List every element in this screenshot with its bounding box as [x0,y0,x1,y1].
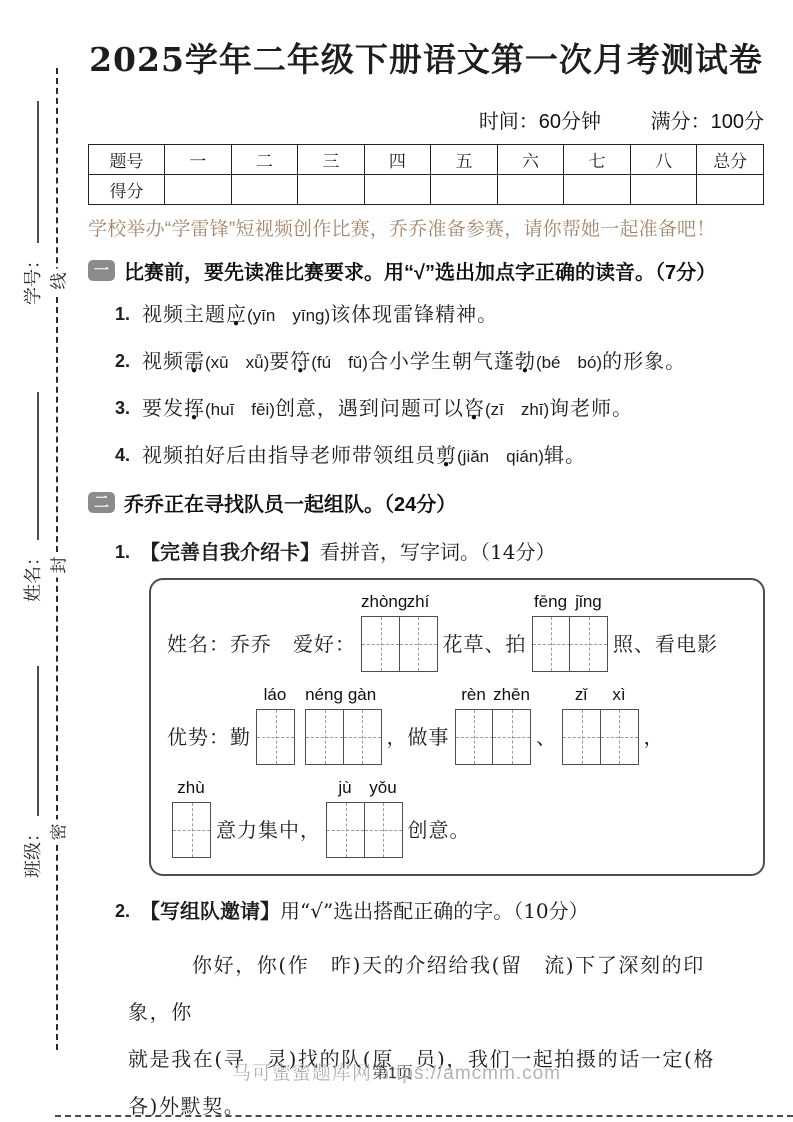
dotted-char: 勃 [515,347,536,375]
item-number: 1. [115,300,130,330]
score-table-header-cell: 八 [630,145,697,175]
pinyin-syllable: láo [256,685,294,709]
student-name-blank [22,392,39,540]
writing-cell [343,709,382,765]
writing-grid [305,709,382,765]
text-segment: 的形象。 [602,349,686,373]
card-text: 创意。 [408,814,471,858]
text-segment: 要 [269,349,290,373]
pinyin-options: (huī fēi) [205,400,275,419]
score-cell-empty [165,175,232,205]
question-2-title: 【写组队邀请】用“√”选出搭配正确的字。（10分） [140,897,589,925]
card-text: 优势：勤 [167,721,251,765]
page-number: 第1页 [372,1060,413,1083]
score-table: 题号一二三四五六七八总分 得分 [88,144,764,205]
text-segment: 合小学生朝气蓬 [368,349,515,373]
score-table-header-cell: 七 [564,145,631,175]
class-field: 班级： [22,666,46,878]
class-blank [22,666,39,816]
section-one-title: 比赛前，要先读准比赛要求。用“√”选出加点字正确的读音。（7分） [124,256,716,285]
class-label: 班级： [23,824,44,878]
pronunciation-item: 4.视频拍好后由指导老师带领组员剪(jiǎn qián)辑。 [115,441,764,471]
writing-grid [256,709,295,765]
writing-grid [326,802,403,858]
pronunciation-item: 1.视频主题应(yīn yīng)该体现雷锋精神。 [115,300,764,330]
text-segment: 询老师。 [549,396,633,420]
dotted-char: 剪 [436,441,457,469]
writing-cell [326,802,365,858]
dotted-char: 咨 [464,394,485,422]
text-segment: 视频 [142,349,184,373]
score-table-score-row: 得分 [89,175,764,205]
pinyin-options: (fú fǔ) [311,353,368,372]
writing-cell [600,709,639,765]
score-cell-empty [497,175,564,205]
dotted-char: 应 [226,300,247,328]
score-table-header-cell: 一 [165,145,232,175]
item-text: 视频需(xū xǖ)要符(fú fǔ)合小学生朝气蓬勃(bé bó)的形象。 [142,347,686,377]
question-1-number: 1. [115,538,130,566]
pinyin-row: nénggàn [305,685,382,709]
pinyin-syllable: zhòng [361,592,399,616]
score-cell-empty [298,175,365,205]
question-1-heading: 1. 【完善自我介绍卡】看拼音，写字词。（14分） [115,538,764,566]
page-title: 2025学年二年级下册语文第一次月考测试卷 [88,0,764,81]
pinyin-writing-box: zhù [172,778,211,858]
writing-cell [569,616,608,672]
pinyin-options: (bé bó) [536,353,602,372]
score-table-header-cell: 五 [431,145,498,175]
pinyin-options: (yīn yīng) [247,306,330,325]
item-text: 视频拍好后由指导老师带领组员剪(jiǎn qián)辑。 [142,441,586,471]
pinyin-syllable: zǐ [562,685,600,709]
writing-grid [562,709,639,765]
pinyin-syllable: rèn [455,685,493,709]
pinyin-syllable: xì [600,685,638,709]
item-text: 要发挥(huī fēi)创意，遇到问题可以咨(zī zhī)询老师。 [142,394,633,424]
pinyin-syllable: zhí [399,592,437,616]
pinyin-row: zhòngzhí [361,592,438,616]
item-text: 视频主题应(yīn yīng)该体现雷锋精神。 [142,300,498,330]
pinyin-syllable: jù [326,778,364,802]
pinyin-syllable: néng [305,685,343,709]
section-one-badge: 一 [88,260,115,281]
section-one-items: 1.视频主题应(yīn yīng)该体现雷锋精神。2.视频需(xū xǖ)要符(… [115,300,764,471]
student-id-field: 学号： [22,101,46,305]
writing-cell [361,616,400,672]
pinyin-syllable: yǒu [364,778,402,802]
writing-cell [455,709,494,765]
seal-char-mi: 密 [45,820,70,845]
student-id-blank [22,101,39,243]
question-2-instructions: 用“√”选出搭配正确的字。（10分） [280,899,589,923]
page-footer: 马可蜜蜜题库网 https://amcmm.com 第1页 [0,1058,793,1085]
pinyin-row: zhù [172,778,211,802]
card-text: 花草、拍 [443,628,527,672]
question-1-title: 【完善自我介绍卡】看拼音，写字词。（14分） [140,538,555,566]
item-number: 4. [115,441,130,471]
pinyin-row: láo [256,685,295,709]
exam-paper-page: 学号： 姓名： 班级： 线 封 密 2025学年二年级下册语文第一次月考测试卷 … [0,0,793,1122]
pinyin-row: fēngjǐng [532,592,609,616]
text-segment: 视频主题 [142,302,226,326]
pronunciation-item: 3.要发挥(huī fēi)创意，遇到问题可以咨(zī zhī)询老师。 [115,394,764,424]
card-text: 姓名：乔乔 爱好： [167,628,356,672]
pinyin-options: (zī zhī) [485,400,549,419]
question-1-tag: 【完善自我介绍卡】 [140,540,320,564]
question-2-number: 2. [115,897,130,925]
seal-char-xian: 线 [45,269,70,294]
dotted-char: 挥 [184,394,205,422]
card-text: ，做事 [387,721,450,765]
text-segment: 要发 [142,396,184,420]
card-row: 姓名：乔乔 爱好：zhòngzhí花草、拍fēngjǐng照、看电影 [167,592,747,672]
section-two-title: 乔乔正在寻找队员一起组队。（24分） [124,488,456,517]
score-table-header-cell: 六 [497,145,564,175]
invitation-paragraph: 你好，你(作 昨)天的介绍给我(留 流)下了深刻的印象，你就是我在(寻 灵)找的… [128,942,742,1122]
student-id-label: 学号： [23,251,44,305]
bottom-edge-line [55,1115,793,1117]
section-two-badge: 二 [88,492,115,513]
question-2-heading: 2. 【写组队邀请】用“√”选出搭配正确的字。（10分） [115,897,764,925]
card-text: ， [644,721,665,765]
student-name-label: 姓名： [23,548,44,602]
score-cell-empty [364,175,431,205]
pinyin-writing-box: láo [256,685,295,765]
pinyin-row: rènzhēn [455,685,532,709]
time-limit: 时间：60分钟 [479,111,601,133]
card-text: 意力集中， [216,814,321,858]
text-segment: 视频拍好后由指导老师带领组员 [142,443,436,467]
writing-grid [172,802,211,858]
dotted-char: 符 [290,347,311,375]
writing-cell [532,616,571,672]
pinyin-writing-box: jùyǒu [326,778,403,858]
score-row-label: 得分 [89,175,165,205]
pinyin-writing-box: zhòngzhí [361,592,438,672]
seal-char-feng: 封 [45,553,70,578]
writing-cell [172,802,211,858]
writing-cell [364,802,403,858]
score-cell-empty [231,175,298,205]
exam-meta: 时间：60分钟 满分：100分 [88,105,764,134]
question-2-tag: 【写组队邀请】 [140,899,280,923]
writing-cell [256,709,295,765]
item-number: 2. [115,347,130,377]
pronunciation-item: 2.视频需(xū xǖ)要符(fú fǔ)合小学生朝气蓬勃(bé bó)的形象。 [115,347,764,377]
pinyin-syllable: gàn [343,685,381,709]
pinyin-writing-box: fēngjǐng [532,592,609,672]
pinyin-options: (xū xǖ) [205,353,269,372]
self-introduction-card: 姓名：乔乔 爱好：zhòngzhí花草、拍fēngjǐng照、看电影优势：勤lá… [149,578,765,876]
section-two-heading: 二 乔乔正在寻找队员一起组队。（24分） [88,488,764,517]
pinyin-options: (jiǎn qián) [457,447,544,466]
score-table-header-cell: 二 [231,145,298,175]
text-segment: 创意，遇到问题可以 [275,396,464,420]
full-score: 满分：100分 [651,111,764,133]
card-text: 照、看电影 [613,628,718,672]
score-cell-empty [630,175,697,205]
writing-grid [455,709,532,765]
student-name-field: 姓名： [22,392,46,602]
text-segment: 该体现雷锋精神。 [330,302,498,326]
card-row: zhù意力集中，jùyǒu创意。 [167,778,747,858]
pinyin-syllable: fēng [532,592,570,616]
card-row: 优势：勤láonénggàn，做事rènzhēn、zǐxì， [167,685,747,765]
pinyin-syllable: zhēn [493,685,531,709]
pinyin-syllable: jǐng [570,592,608,616]
writing-cell [305,709,344,765]
pinyin-row: zǐxì [562,685,639,709]
pinyin-writing-box: nénggàn [305,685,382,765]
writing-grid [361,616,438,672]
score-table-header-cell: 题号 [89,145,165,175]
score-table-header-cell: 总分 [697,145,764,175]
question-1-instructions: 看拼音，写字词。（14分） [320,540,555,564]
dotted-char: 需 [184,347,205,375]
pinyin-row: jùyǒu [326,778,403,802]
score-table-header-cell: 三 [298,145,365,175]
card-text: 、 [536,721,557,765]
scenario-intro: 学校举办“学雷锋”短视频创作比赛，乔乔准备参赛，请你帮她一起准备吧！ [88,214,764,241]
score-table-header-row: 题号一二三四五六七八总分 [89,145,764,175]
main-content: 2025学年二年级下册语文第一次月考测试卷 时间：60分钟 满分：100分 题号… [88,0,764,1122]
section-one-heading: 一 比赛前，要先读准比赛要求。用“√”选出加点字正确的读音。（7分） [88,256,764,285]
writing-cell [562,709,601,765]
text-segment: 辑。 [544,443,586,467]
pinyin-writing-box: zǐxì [562,685,639,765]
writing-cell [492,709,531,765]
invitation-line: 你好，你(作 昨)天的介绍给我(留 流)下了深刻的印象，你 [128,942,742,1036]
score-table-header-cell: 四 [364,145,431,175]
item-number: 3. [115,394,130,424]
writing-grid [532,616,609,672]
writing-cell [399,616,438,672]
score-cell-empty [431,175,498,205]
pinyin-writing-box: rènzhēn [455,685,532,765]
pinyin-syllable: zhù [172,778,210,802]
score-cell-empty [697,175,764,205]
score-cell-empty [564,175,631,205]
